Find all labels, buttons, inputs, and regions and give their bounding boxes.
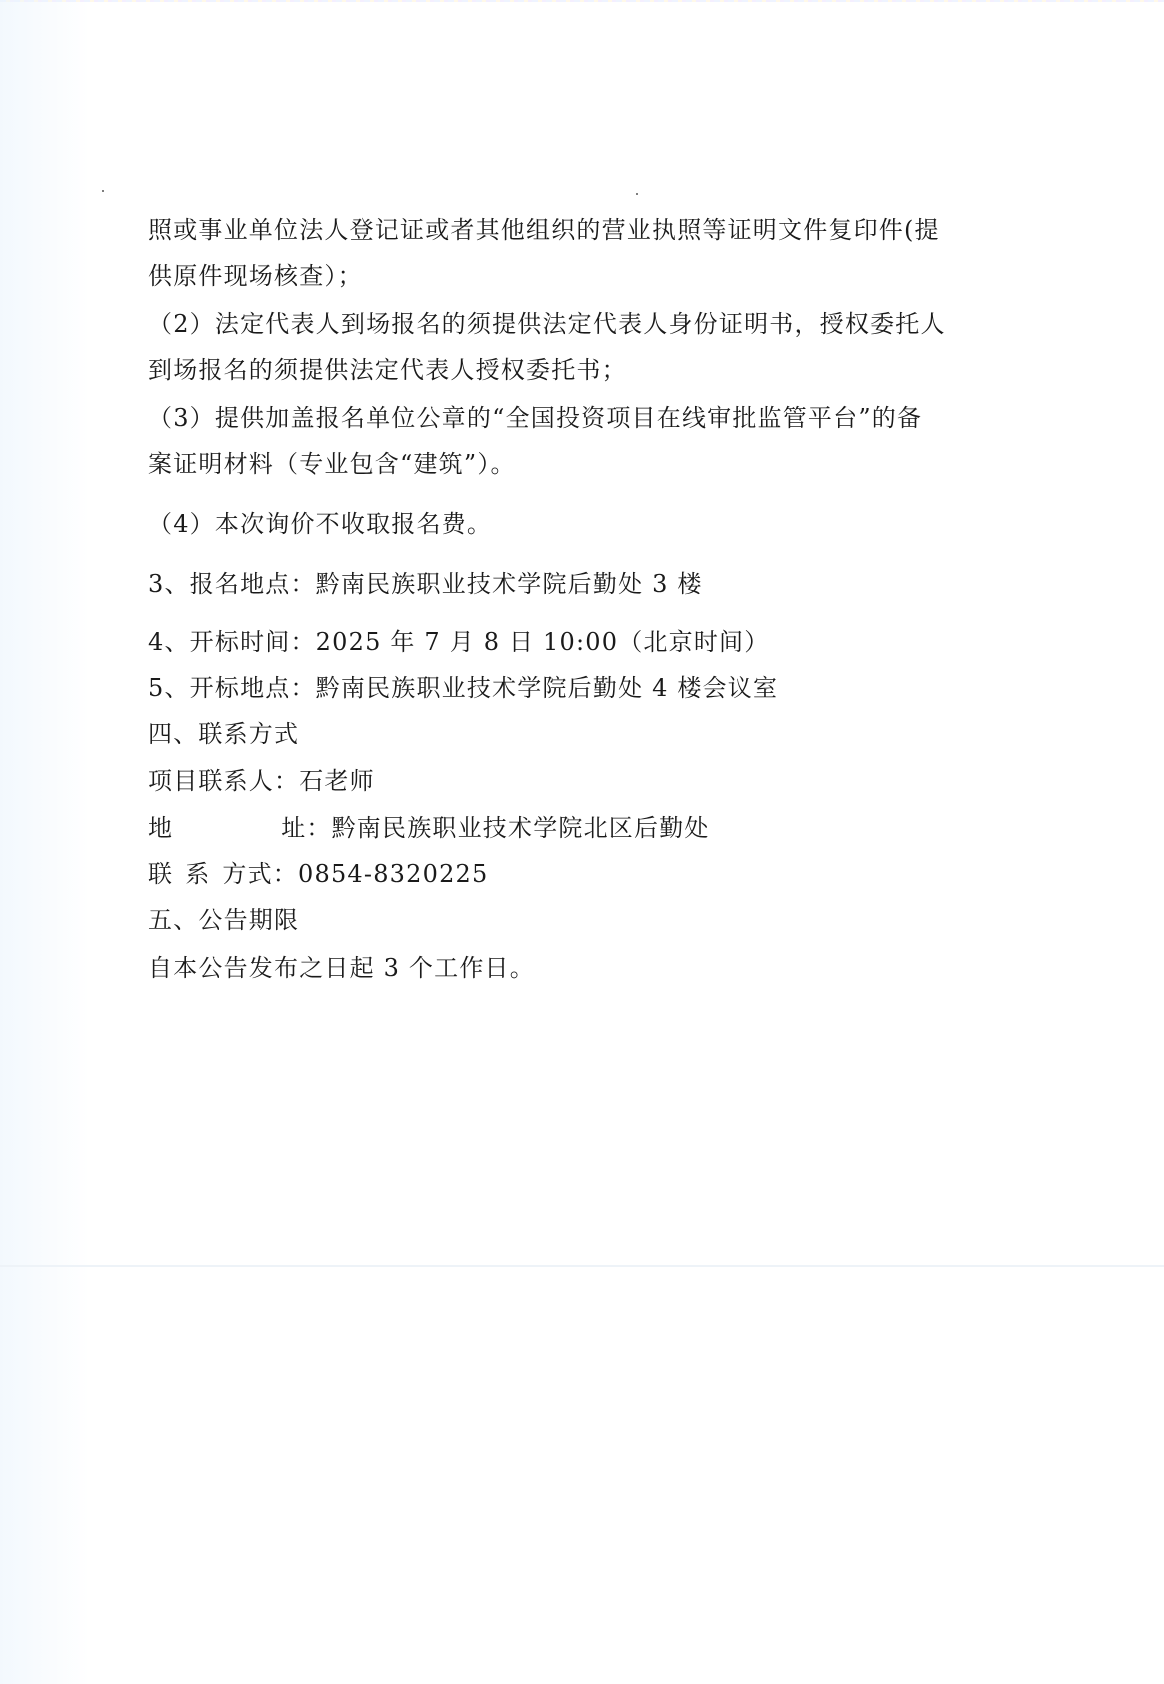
address-label-start: 地 (148, 814, 173, 842)
bid-opening-location: 5、开标地点：黔南民族职业技术学院后勤处 4 楼会议室 (148, 672, 778, 704)
registration-location: 3、报名地点：黔南民族职业技术学院后勤处 3 楼 (148, 568, 703, 600)
address-label-end: 址： (281, 814, 331, 842)
scan-fold-line (0, 1265, 1164, 1267)
section-contact-heading: 四、联系方式 (148, 718, 299, 750)
scan-speck (636, 193, 638, 195)
contact-address-row: 地址：黔南民族职业技术学院北区后勤处 (148, 812, 710, 844)
requirement-3-line-2: 案证明材料（专业包含“建筑”）。 (148, 448, 516, 480)
paragraph-continuation-line-1: 照或事业单位法人登记证或者其他组织的营业执照等证明文件复印件(提 (148, 214, 940, 246)
scan-edge-artifact (0, 0, 1164, 2)
notice-period-text: 自本公告发布之日起 3 个工作日。 (148, 952, 535, 984)
requirement-2-line-2: 到场报名的须提供法定代表人授权委托书； (148, 354, 627, 386)
contact-person-label: 项目联系人： (148, 767, 299, 795)
phone-label-part-3: 方式： (222, 860, 298, 888)
contact-person-value: 石老师 (299, 767, 375, 795)
contact-phone-value: 0854-8320225 (298, 860, 488, 888)
scan-speck (102, 190, 104, 192)
phone-label-part-2: 系 (185, 860, 210, 888)
requirement-2-line-1: （2）法定代表人到场报名的须提供法定代表人身份证明书，授权委托人 (148, 308, 946, 340)
contact-person-row: 项目联系人：石老师 (148, 765, 375, 797)
section-period-heading: 五、公告期限 (148, 904, 299, 936)
bid-opening-time: 4、开标时间：2025 年 7 月 8 日 10:00（北京时间） (148, 626, 769, 658)
document-page: 照或事业单位法人登记证或者其他组织的营业执照等证明文件复印件(提 供原件现场核查… (0, 0, 1164, 1684)
requirement-3-line-1: （3）提供加盖报名单位公章的“全国投资项目在线审批监管平台”的备 (148, 402, 922, 434)
scan-shadow (0, 0, 90, 1684)
requirement-4-line: （4）本次询价不收取报名费。 (148, 508, 492, 540)
phone-label-part-1: 联 (148, 860, 173, 888)
contact-phone-row: 联系方式：0854-8320225 (148, 858, 489, 890)
contact-address-value: 黔南民族职业技术学院北区后勤处 (332, 814, 710, 842)
paragraph-continuation-line-2: 供原件现场核查）； (148, 260, 363, 292)
